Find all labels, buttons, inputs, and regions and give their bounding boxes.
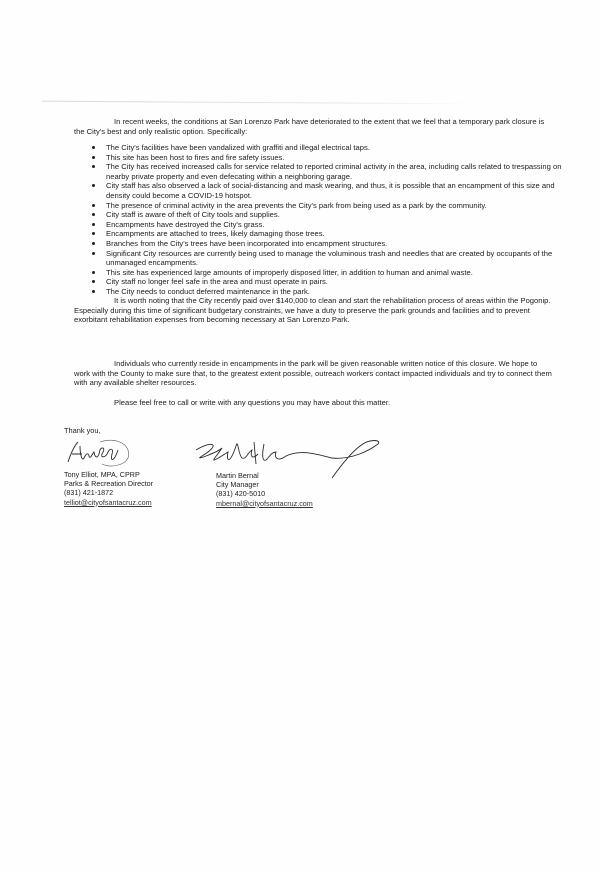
- signatory-email-link[interactable]: mbernal@cityofsantacruz.com: [216, 499, 313, 508]
- bullet-text: City staff is aware of theft of City too…: [106, 210, 280, 219]
- closing-salutation: Thank you,: [64, 426, 101, 435]
- scan-artifact-line: [42, 101, 478, 105]
- bullet-text: Encampments are attached to trees, likel…: [106, 229, 325, 238]
- bullet-dot-icon: [92, 242, 95, 245]
- bullet-item: The presence of criminal activity in the…: [92, 201, 562, 211]
- bullet-item: City staff has also observed a lack of s…: [92, 181, 562, 200]
- signatory-name: Tony Elliot, MPA, CPRP: [64, 470, 153, 479]
- bullet-item: The City has received increased calls fo…: [92, 162, 562, 181]
- bullet-item: Encampments have destroyed the City's gr…: [92, 220, 562, 230]
- bullet-text: The City has received increased calls fo…: [106, 162, 561, 181]
- notice-paragraph-text: Individuals who currently reside in enca…: [74, 359, 552, 387]
- bullet-text: Branches from the City's trees have been…: [106, 239, 387, 248]
- bullet-dot-icon: [92, 290, 95, 293]
- signatory-phone: (831) 420-5010: [216, 489, 313, 498]
- bullet-text: City staff has also observed a lack of s…: [106, 181, 555, 200]
- issues-bullet-list: The City's facilities have been vandaliz…: [92, 143, 562, 297]
- signatory-tony-elliot: Tony Elliot, MPA, CPRP Parks & Recreatio…: [64, 470, 153, 507]
- bullet-text: This site has experienced large amounts …: [106, 268, 473, 277]
- bullet-item: Branches from the City's trees have been…: [92, 239, 562, 249]
- cost-paragraph-text: It is worth noting that the City recentl…: [74, 296, 550, 324]
- intro-paragraph: In recent weeks, the conditions at San L…: [74, 117, 554, 136]
- bullet-dot-icon: [92, 165, 95, 168]
- signatory-title: Parks & Recreation Director: [64, 479, 153, 488]
- bullet-text: Encampments have destroyed the City's gr…: [106, 220, 264, 229]
- signatory-title: City Manager: [216, 480, 313, 489]
- bullet-text: Significant City resources are currently…: [106, 249, 552, 268]
- bullet-dot-icon: [92, 232, 95, 235]
- bullet-item: The City's facilities have been vandaliz…: [92, 143, 562, 153]
- signatory-email-link[interactable]: telliot@cityofsantacruz.com: [64, 498, 153, 507]
- bullet-text: City staff no longer feel safe in the ar…: [106, 277, 328, 286]
- bullet-dot-icon: [92, 271, 95, 274]
- signatory-martin-bernal: Martin Bernal City Manager (831) 420-501…: [216, 471, 313, 508]
- bullet-dot-icon: [92, 146, 95, 149]
- signature-tony-elliot-icon: [62, 436, 134, 470]
- intro-paragraph-text: In recent weeks, the conditions at San L…: [74, 117, 544, 136]
- bullet-dot-icon: [92, 204, 95, 207]
- notice-paragraph: Individuals who currently reside in enca…: [74, 359, 554, 388]
- bullet-text: This site has been host to fires and fir…: [106, 153, 285, 162]
- cost-paragraph: It is worth noting that the City recentl…: [74, 296, 554, 325]
- scanned-letter-page: In recent weeks, the conditions at San L…: [0, 0, 600, 872]
- bullet-dot-icon: [92, 223, 95, 226]
- bullet-text: The City needs to conduct deferred maint…: [106, 287, 310, 296]
- bullet-dot-icon: [92, 280, 95, 283]
- bullet-dot-icon: [92, 213, 95, 216]
- bullet-item: City staff no longer feel safe in the ar…: [92, 277, 562, 287]
- bullet-item: Encampments are attached to trees, likel…: [92, 229, 562, 239]
- bullet-dot-icon: [92, 156, 95, 159]
- bullet-dot-icon: [92, 252, 95, 255]
- bullet-item: City staff is aware of theft of City too…: [92, 210, 562, 220]
- bullet-item: This site has experienced large amounts …: [92, 268, 562, 278]
- bullet-item: Significant City resources are currently…: [92, 249, 562, 268]
- contact-paragraph: Please feel free to call or write with a…: [74, 398, 554, 408]
- signatory-name: Martin Bernal: [216, 471, 313, 480]
- bullet-text: The presence of criminal activity in the…: [106, 201, 487, 210]
- bullet-dot-icon: [92, 184, 95, 187]
- bullet-text: The City's facilities have been vandaliz…: [106, 143, 370, 152]
- bullet-item: This site has been host to fires and fir…: [92, 153, 562, 163]
- signatory-phone: (831) 421-1872: [64, 488, 153, 497]
- contact-paragraph-text: Please feel free to call or write with a…: [114, 398, 390, 407]
